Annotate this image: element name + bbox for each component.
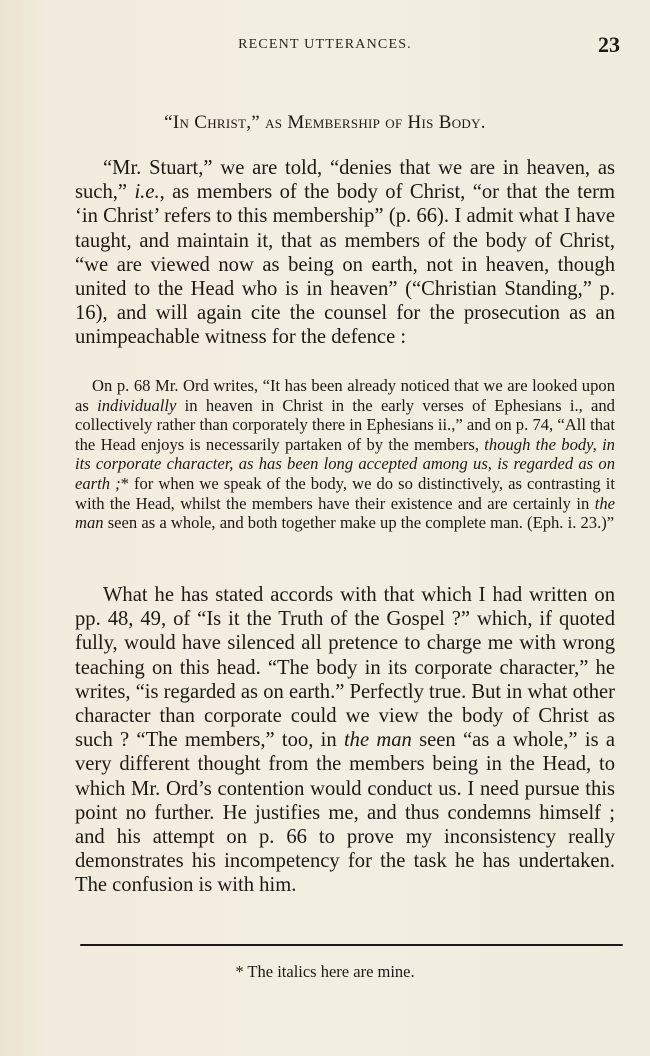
footnote-marker: * [235,962,243,981]
page-number: 23 [598,32,620,58]
italic-text: i.e. [134,181,159,203]
footnote-divider [80,944,623,946]
paragraph-2: What he has stated accords with that whi… [75,583,615,898]
paragraph-text: seen “as a whole,” is a very different t… [75,729,615,896]
paragraph-text: What he has stated accords with that whi… [75,584,615,751]
footnote: * The italics here are mine. [0,962,650,982]
section-heading: “In Christ,” as Membership of His Body. [0,112,650,134]
paragraph-1: “Mr. Stuart,” we are told, “denies that … [75,156,615,350]
block-quote: On p. 68 Mr. Ord writes, “It has been al… [75,376,615,533]
running-header: Recent Utterances. 23 [0,34,650,58]
paragraph-text: , as members of the body of Christ, “or … [75,181,615,348]
footnote-reference: * [121,474,129,493]
footnote-text: The italics here are mine. [244,962,415,981]
italic-text: individually [97,396,176,415]
running-title: Recent Utterances. [0,37,650,53]
quote-text: for when we speak of the body, we do so … [75,474,615,513]
italic-text: the man [344,729,412,751]
book-page: Recent Utterances. 23 “In Christ,” as Me… [0,0,650,1056]
quote-text: seen as a whole, and both together make … [104,513,615,532]
